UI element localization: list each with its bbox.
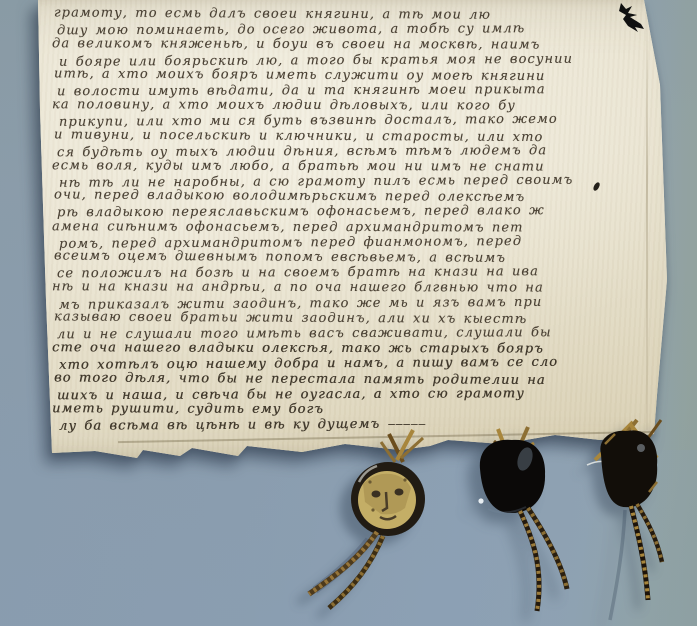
parchment-sheet: грамоту, то есмь далъ своеи княгини, а т… <box>0 0 697 470</box>
manuscript-line: рѣ владыкою переяславьскимъ офонасьемъ, … <box>57 203 651 221</box>
seal-cord-tails <box>309 532 383 608</box>
seal-body <box>600 430 657 507</box>
round-face-seal <box>285 418 445 626</box>
right-wax-seal <box>575 408 697 626</box>
seal-face <box>351 462 425 536</box>
seal-cord-tails <box>610 504 662 620</box>
manuscript-text: грамоту, то есмь далъ своеи княгини, а т… <box>54 7 651 435</box>
ink-blot-icon <box>611 2 651 36</box>
seal-body <box>478 440 545 513</box>
seal-cord-tails <box>520 508 567 611</box>
photo-of-charter: грамоту, то есмь далъ своеи княгини, а т… <box>0 0 697 626</box>
